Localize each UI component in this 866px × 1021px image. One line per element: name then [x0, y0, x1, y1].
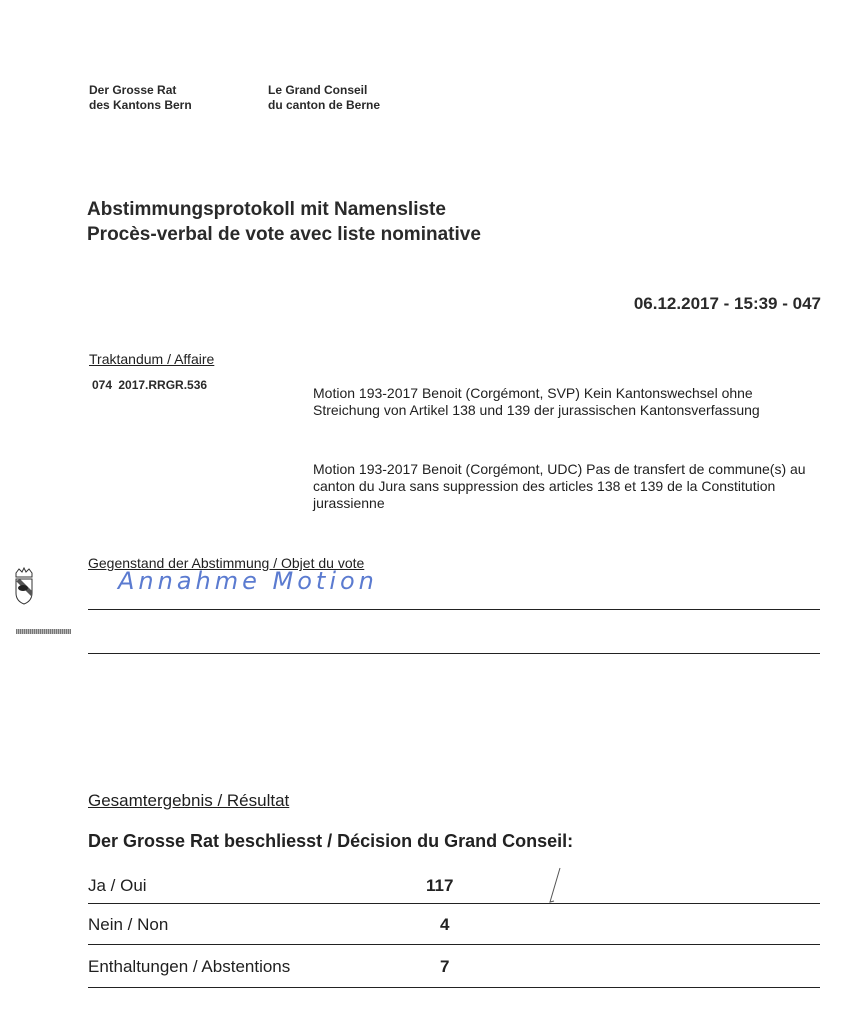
result-row-divider [88, 987, 820, 988]
issuer-de: Der Grosse Rat des Kantons Bern [89, 83, 192, 113]
issuer-de-line1: Der Grosse Rat [89, 83, 192, 98]
result-row-abstain-value: 7 [440, 957, 449, 977]
result-row-yes-value: 117 [426, 876, 453, 896]
check-mark-icon [545, 866, 565, 906]
result-row-yes-label: Ja / Oui [88, 876, 147, 896]
agenda-label: Traktandum / Affaire [89, 351, 214, 367]
subject-line-2 [88, 653, 820, 654]
result-row-divider [88, 944, 820, 945]
title-fr: Procès-verbal de vote avec liste nominat… [87, 222, 481, 247]
result-row-no-value: 4 [440, 915, 449, 935]
result-label: Gesamtergebnis / Résultat [88, 791, 289, 811]
motion-text-de: Motion 193-2017 Benoit (Corgémont, SVP) … [313, 385, 813, 419]
logo-divider [16, 629, 71, 634]
agenda-reference: 074 2017.RRGR.536 [92, 378, 207, 392]
issuer-fr-line1: Le Grand Conseil [268, 83, 380, 98]
document-title: Abstimmungsprotokoll mit Namensliste Pro… [87, 197, 481, 247]
bern-coat-of-arms-icon [14, 567, 34, 605]
result-row-divider [88, 903, 820, 904]
decision-label: Der Grosse Rat beschliesst / Décision du… [88, 831, 573, 852]
result-row-no-label: Nein / Non [88, 915, 168, 935]
title-de: Abstimmungsprotokoll mit Namensliste [87, 197, 481, 222]
subject-handwritten: Annahme Motion [118, 567, 378, 595]
issuer-fr: Le Grand Conseil du canton de Berne [268, 83, 380, 113]
motion-text-fr: Motion 193-2017 Benoit (Corgémont, UDC) … [313, 461, 813, 512]
issuer-fr-line2: du canton de Berne [268, 98, 380, 113]
issuer-de-line2: des Kantons Bern [89, 98, 192, 113]
result-row-abstain-label: Enthaltungen / Abstentions [88, 957, 290, 977]
subject-line-1 [88, 609, 820, 610]
vote-stamp: 06.12.2017 - 15:39 - 047 [634, 294, 821, 314]
